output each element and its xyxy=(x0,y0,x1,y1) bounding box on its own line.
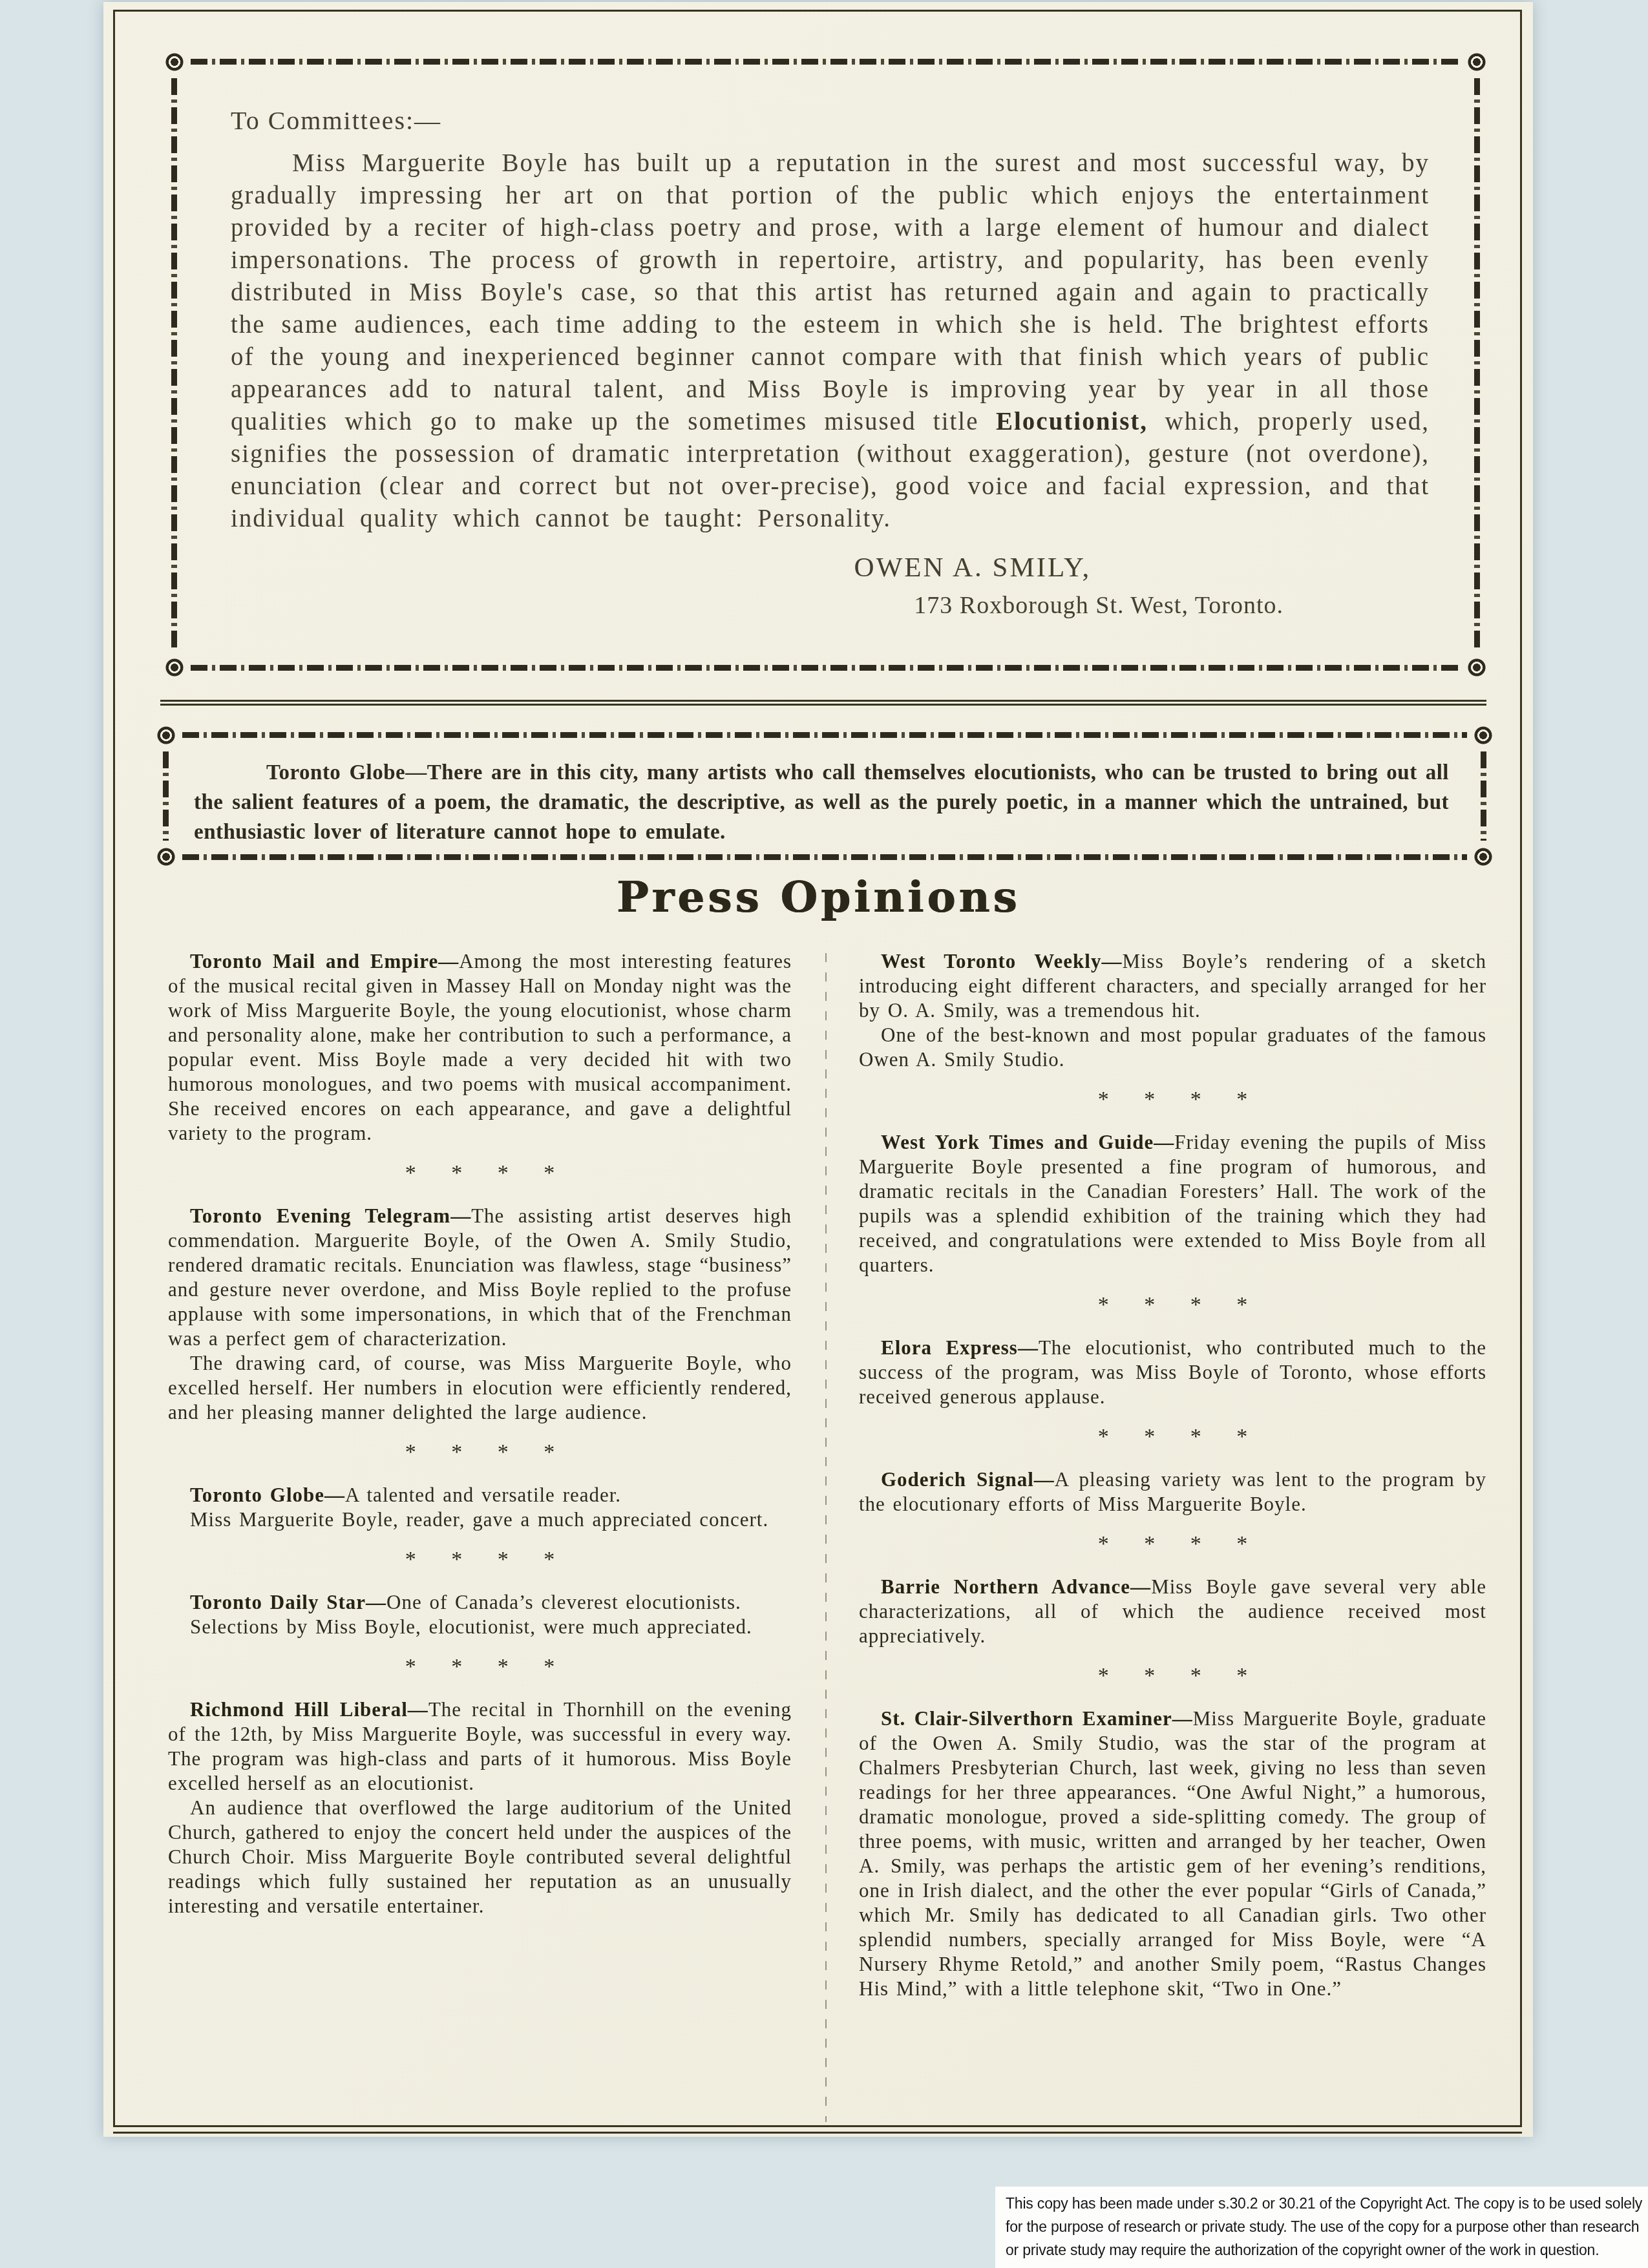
ornament-border-left xyxy=(163,751,169,841)
press-paragraph: One of the best-known and most popular g… xyxy=(859,1023,1486,1072)
press-source: Goderich Signal— xyxy=(881,1468,1055,1491)
copyright-text-line: This copy has been made under s.30.2 or … xyxy=(1006,2192,1642,2215)
press-quote: Richmond Hill Liberal—The recital in Tho… xyxy=(168,1697,792,1918)
press-paragraph-lead: Toronto Evening Telegram—The assisting a… xyxy=(168,1204,792,1351)
rosette-ornament-icon xyxy=(1465,50,1488,74)
press-source: Elora Express— xyxy=(881,1336,1039,1359)
press-paragraph-lead: Barrie Northern Advance—Miss Boyle gave … xyxy=(859,1575,1486,1648)
press-quote: Goderich Signal—A pleasing variety was l… xyxy=(859,1467,1486,1517)
press-paragraph-lead: Richmond Hill Liberal—The recital in Tho… xyxy=(168,1697,792,1796)
press-quote: St. Clair-Silverthorn Examiner—Miss Marg… xyxy=(859,1706,1486,2001)
letter-address: 173 Roxborough St. West, Toronto. xyxy=(914,591,1430,620)
press-paragraph: Selections by Miss Boyle, elocutionist, … xyxy=(168,1615,792,1639)
stars-separator: * * * * xyxy=(859,1409,1486,1467)
press-paragraph: Miss Marguerite Boyle, reader, gave a mu… xyxy=(168,1507,792,1532)
press-quote: West York Times and Guide—Friday evening… xyxy=(859,1130,1486,1277)
copyright-text-line: or private study may require the authori… xyxy=(1006,2238,1642,2262)
letter-body: Miss Marguerite Boyle has built up a rep… xyxy=(231,147,1430,535)
scanned-page: To Committees:— Miss Marguerite Boyle ha… xyxy=(103,2,1533,2137)
stars-separator: * * * * xyxy=(168,1639,792,1697)
press-paragraph-lead: West York Times and Guide—Friday evening… xyxy=(859,1130,1486,1277)
press-source: Toronto Evening Telegram— xyxy=(190,1204,471,1227)
letter-box: To Committees:— Miss Marguerite Boyle ha… xyxy=(171,59,1480,671)
ornament-border-top xyxy=(182,732,1467,738)
press-source: Richmond Hill Liberal— xyxy=(190,1698,428,1721)
rosette-ornament-icon xyxy=(1465,656,1488,679)
rosette-ornament-icon xyxy=(163,656,186,679)
letter-signature: OWEN A. SMILY, xyxy=(854,552,1430,583)
press-paragraph: An audience that overflowed the large au… xyxy=(168,1796,792,1918)
press-paragraph-lead: Toronto Daily Star—One of Canada’s cleve… xyxy=(168,1590,792,1615)
column-divider-rule xyxy=(825,953,827,2122)
rosette-ornament-icon xyxy=(154,845,178,868)
stars-separator: * * * * xyxy=(859,1072,1486,1130)
press-paragraph-lead: Goderich Signal—A pleasing variety was l… xyxy=(859,1467,1486,1517)
copyright-text-line: for the purpose of research or private s… xyxy=(1006,2215,1642,2238)
press-paragraph-lead: St. Clair-Silverthorn Examiner—Miss Marg… xyxy=(859,1706,1486,2001)
press-columns: Toronto Mail and Empire—Among the most i… xyxy=(168,949,1486,2122)
press-source: Toronto Globe— xyxy=(190,1484,345,1506)
press-quote: Toronto Evening Telegram—The assisting a… xyxy=(168,1204,792,1425)
press-source: West York Times and Guide— xyxy=(881,1131,1174,1153)
globe-quote-box: Toronto Globe—There are in this city, ma… xyxy=(163,732,1486,860)
press-source: Toronto Daily Star— xyxy=(190,1591,386,1613)
globe-quote: Toronto Globe—There are in this city, ma… xyxy=(194,758,1449,847)
press-quote: Toronto Globe—A talented and versatile r… xyxy=(168,1483,792,1532)
letter-body-text: Miss Marguerite Boyle has built up a rep… xyxy=(231,149,1430,436)
rosette-ornament-icon xyxy=(154,724,178,747)
stars-separator: * * * * xyxy=(168,1146,792,1204)
stars-separator: * * * * xyxy=(168,1532,792,1590)
rosette-ornament-icon xyxy=(1472,724,1495,747)
press-quote: West Toronto Weekly—Miss Boyle’s renderi… xyxy=(859,949,1486,1072)
press-source: West Toronto Weekly— xyxy=(881,950,1122,972)
rosette-ornament-icon xyxy=(1472,845,1495,868)
scanner-background: { "colors":{ "scanner_background":"#d8e4… xyxy=(0,0,1648,2268)
rosette-ornament-icon xyxy=(163,50,186,74)
ornament-border-bottom xyxy=(182,854,1467,860)
press-quote: Toronto Mail and Empire—Among the most i… xyxy=(168,949,792,1146)
ornament-border-top xyxy=(191,59,1461,65)
letter-salutation: To Committees:— xyxy=(231,105,1430,136)
press-paragraph-lead: Toronto Globe—A talented and versatile r… xyxy=(168,1483,792,1507)
press-column-right: West Toronto Weekly—Miss Boyle’s renderi… xyxy=(859,949,1486,2122)
ornament-border-bottom xyxy=(191,665,1461,671)
press-quote: Barrie Northern Advance—Miss Boyle gave … xyxy=(859,1575,1486,1648)
press-column-left: Toronto Mail and Empire—Among the most i… xyxy=(168,949,792,2122)
press-quote: Toronto Daily Star—One of Canada’s cleve… xyxy=(168,1590,792,1639)
stars-separator: * * * * xyxy=(168,1425,792,1483)
press-quote: Elora Express—The elocutionist, who cont… xyxy=(859,1336,1486,1409)
ornament-border-right xyxy=(1474,78,1480,651)
stars-separator: * * * * xyxy=(859,1648,1486,1706)
press-paragraph: The drawing card, of course, was Miss Ma… xyxy=(168,1351,792,1425)
copyright-stamp: This copy has been made under s.30.2 or … xyxy=(995,2187,1648,2268)
ornament-border-left xyxy=(171,78,177,651)
press-opinions-title: Press Opinions xyxy=(103,872,1533,922)
press-paragraph-lead: Toronto Mail and Empire—Among the most i… xyxy=(168,949,792,1146)
press-source: St. Clair-Silverthorn Examiner— xyxy=(881,1707,1193,1730)
ornament-border-right xyxy=(1481,751,1486,841)
stars-separator: * * * * xyxy=(859,1517,1486,1575)
press-source: Barrie Northern Advance— xyxy=(881,1575,1151,1598)
press-paragraph-lead: Elora Express—The elocutionist, who cont… xyxy=(859,1336,1486,1409)
press-source: Toronto Mail and Empire— xyxy=(190,950,459,972)
letter-bold-word: Elocutionist, xyxy=(996,408,1148,436)
stars-separator: * * * * xyxy=(859,1277,1486,1336)
double-rule-divider xyxy=(160,700,1486,706)
press-paragraph-lead: West Toronto Weekly—Miss Boyle’s renderi… xyxy=(859,949,1486,1023)
globe-quote-source: Toronto Globe— xyxy=(266,761,427,784)
